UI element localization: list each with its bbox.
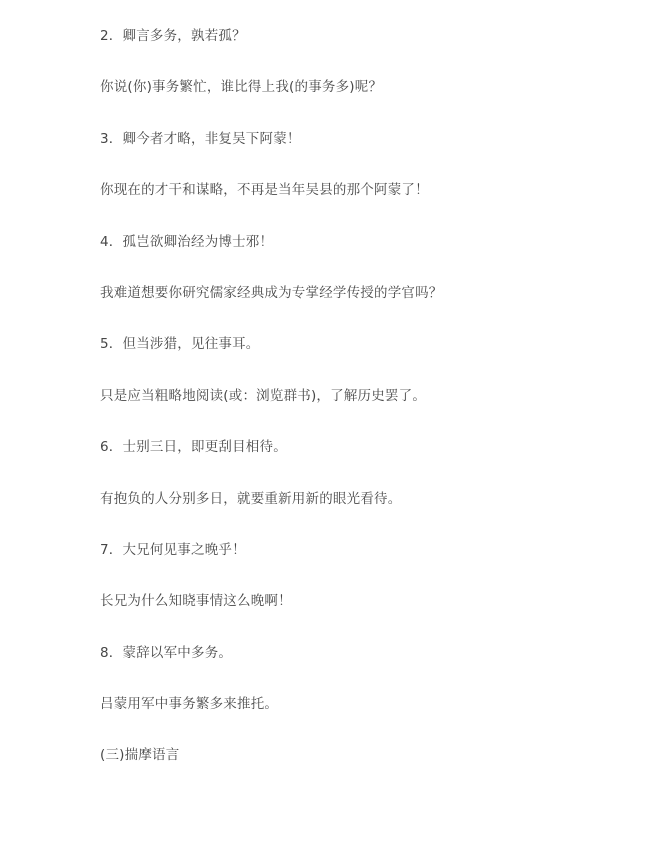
original-sentence-2: 2．卿言多务，孰若孤？: [100, 26, 620, 77]
translation-3: 你现在的才干和谋略，不再是当年吴县的那个阿蒙了！: [100, 180, 620, 231]
translation-4: 我难道想要你研究儒家经典成为专掌经学传授的学官吗？: [100, 283, 620, 334]
original-sentence-5: 5．但当涉猎，见往事耳。: [100, 334, 620, 385]
original-sentence-4: 4．孤岂欲卿治经为博士邪！: [100, 232, 620, 283]
translation-6: 有抱负的人分别多日，就要重新用新的眼光看待。: [100, 489, 620, 540]
translation-5: 只是应当粗略地阅读(或：浏览群书)，了解历史罢了。: [100, 386, 620, 437]
original-sentence-3: 3．卿今者才略，非复吴下阿蒙！: [100, 129, 620, 180]
document-body: 2．卿言多务，孰若孤？ 你说(你)事务繁忙，谁比得上我(的事务多)呢？ 3．卿今…: [100, 26, 620, 797]
original-sentence-6: 6．士别三日，即更刮目相待。: [100, 437, 620, 488]
original-sentence-8: 8．蒙辞以军中多务。: [100, 643, 620, 694]
original-sentence-7: 7．大兄何见事之晚乎！: [100, 540, 620, 591]
section-heading: (三)揣摩语言: [100, 745, 620, 796]
translation-2: 你说(你)事务繁忙，谁比得上我(的事务多)呢？: [100, 77, 620, 128]
translation-8: 吕蒙用军中事务繁多来推托。: [100, 694, 620, 745]
translation-7: 长兄为什么知晓事情这么晚啊！: [100, 591, 620, 642]
